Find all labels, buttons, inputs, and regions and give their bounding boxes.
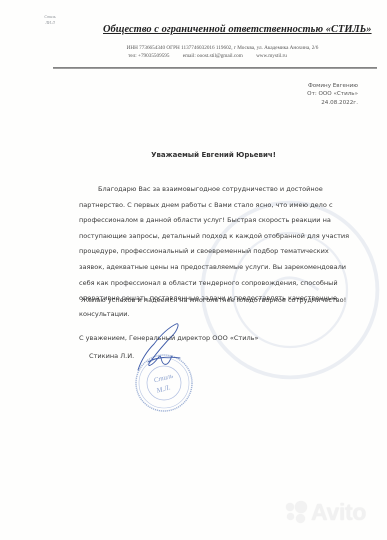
avito-wordmark: Avito [311,499,366,526]
company-name: Общество с ограниченной ответственностью… [103,24,372,35]
addressee-block: Фомину Евгению От: ООО «Стиль» 24.08.202… [307,82,358,107]
handwritten-signature [128,322,188,377]
body-line: заявок, адекватные цены на предоставляем… [79,260,379,276]
letterhead-divider [53,67,377,69]
body-line: процедуре, профессиональный и своевремен… [79,244,379,260]
body-line: поступающие запросы, детальный подход к … [79,229,379,245]
addressee-from: От: ООО «Стиль» [307,90,358,98]
greeting: Уважаемый Евгений Юрьевич! [0,151,387,159]
addressee-to: Фомину Евгению [307,82,358,90]
letter-page: Стиль ЛИ.Л Общество с ограниченной ответ… [0,0,387,540]
stamp-text-line2: М.Л. [155,383,172,395]
company-contacts: тел: +79035509595 email: ooost.stil@gmai… [0,53,387,59]
letter-date: 24.08.2022г. [307,99,358,107]
body-line: себя как профессионал в области тендерно… [79,276,379,292]
body-line: Благодарю Вас за взаимовыгодное сотрудни… [79,182,379,198]
company-logo: Стиль ЛИ.Л [40,14,60,32]
company-email: email: ooost.stil@gmail.com [183,53,243,59]
signatory-name: Стикина Л.И. [89,352,134,360]
company-phone: тел: +79035509595 [128,53,169,59]
body-line: профессионалом в данной области услуг! Б… [79,213,379,229]
signature-title: С уважением, Генеральный директор ООО «С… [79,334,259,342]
company-requisites: ИНН 7736654340 ОГРН 1137746032016 119602… [0,45,387,51]
avito-logo-icon [286,501,308,523]
body-line: партнерство. С первых днем работы с Вами… [79,198,379,214]
company-website: www.mystil.ru [256,53,287,59]
avito-watermark: Avito [286,497,386,527]
logo-text-line2: ЛИ.Л [40,20,60,26]
body-line: консультации. [79,307,379,323]
closing-wish: Желаю успехов и надеемся на многолетнее … [81,296,346,304]
